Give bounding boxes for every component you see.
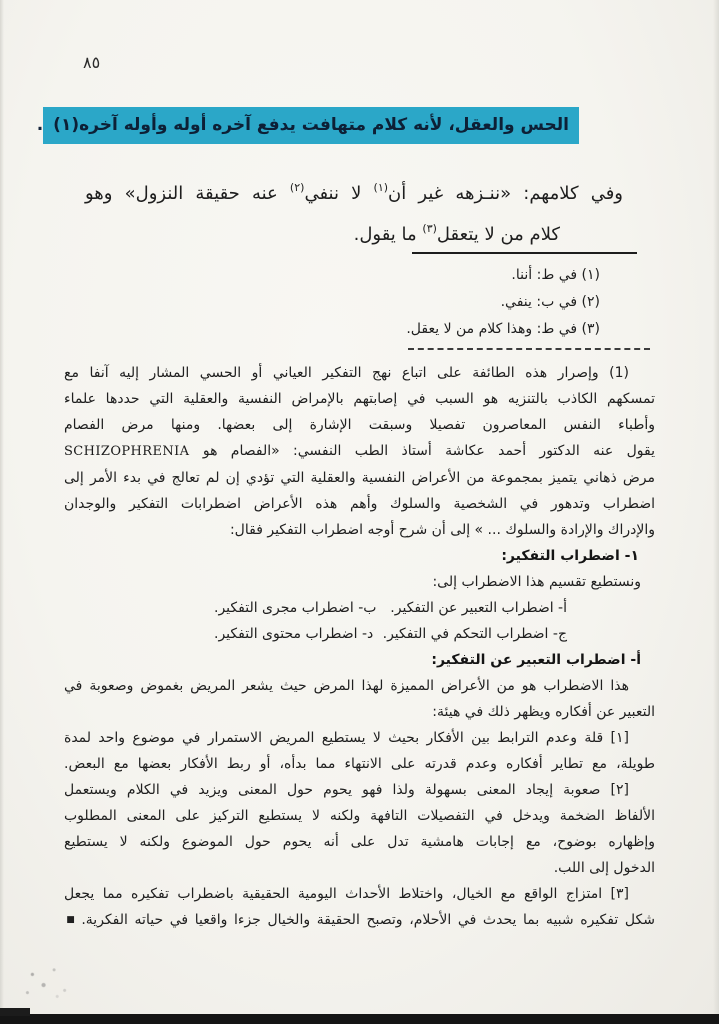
text-line: الدخول إلى اللب. bbox=[64, 855, 655, 881]
text-segment: والإدراك والإرادة والسلوك ... » إلى أن ش… bbox=[230, 522, 655, 538]
text-line: (٣) في ط: وهذا كلام من لا يعقل. bbox=[120, 316, 600, 343]
text-line: [٣] امتزاج الواقع مع الخيال، واختلاط الأ… bbox=[64, 881, 655, 907]
footnote-rule bbox=[412, 252, 637, 254]
text-segment: ونستطيع تقسيم هذا الاضطراب إلى: bbox=[432, 574, 641, 590]
dashed-divider bbox=[408, 348, 650, 350]
text-segment: (٢) في ب: ينفي. bbox=[501, 294, 600, 310]
text-segment: وأطباء النفس المعاصرون تفصيلا وسبقت الإش… bbox=[64, 417, 655, 433]
text-segment: عنه حقيقة النزول» وهو bbox=[85, 183, 290, 204]
text-segment: [١] قلة وعدم الترابط بين الأفكار بحيث لا… bbox=[64, 730, 629, 746]
text-line: شكل تفكيره شبيه بما يحدث في الأحلام، وتص… bbox=[64, 907, 655, 933]
text-line: وأطباء النفس المعاصرون تفصيلا وسبقت الإش… bbox=[64, 412, 655, 438]
col-left: ب- اضطراب مجرى التفكير. bbox=[214, 595, 376, 621]
text-segment: (٣) في ط: وهذا كلام من لا يعقل. bbox=[406, 321, 600, 337]
text-segment: [٣] امتزاج الواقع مع الخيال، واختلاط الأ… bbox=[64, 886, 629, 902]
text-segment: [٢] صعوبة إيجاد المعنى بسهولة ولذا فهو ي… bbox=[64, 782, 629, 798]
heading-line: ١- اضطراب التفكير: bbox=[64, 543, 655, 569]
text-line: وفي كلامهم: «ننـزهه غير أن(١) لا ننفي(٢)… bbox=[85, 170, 655, 211]
two-column-row: أ- اضطراب التعبير عن التفكير.ب- اضطراب م… bbox=[64, 595, 655, 621]
commentary-block: (1) وإصرار هذه الطائفة على اتباع نهج الت… bbox=[64, 360, 655, 933]
text-segment: وإظهاره بوضوح، مع إجابات هامشية تدل على … bbox=[64, 834, 655, 850]
main-paragraph: وفي كلامهم: «ننـزهه غير أن(١) لا ننفي(٢)… bbox=[85, 170, 655, 252]
scan-bottom-bar bbox=[0, 1014, 719, 1024]
text-line: التعبير عن أفكاره ويظهر ذلك في هيئة: bbox=[64, 699, 655, 725]
footnotes-block: (١) في ط: أننا.(٢) في ب: ينفي.(٣) في ط: … bbox=[120, 262, 600, 343]
col-right: أ- اضطراب التعبير عن التفكير. bbox=[390, 595, 567, 621]
text-line: [١] قلة وعدم الترابط بين الأفكار بحيث لا… bbox=[64, 725, 655, 751]
text-line: هذا الاضطراب هو من الأعراض المميزة لهذا … bbox=[64, 673, 655, 699]
footnote-ref: (٣) bbox=[422, 222, 437, 235]
text-segment: وفي كلامهم: «ننـزهه غير أن bbox=[388, 183, 623, 204]
text-segment: طويلة، مع تطاير أفكاره وعدم قدرته على ال… bbox=[64, 756, 655, 772]
page-number: ٨٥ bbox=[83, 53, 100, 72]
footnote-ref: (١) bbox=[53, 115, 79, 135]
text-line: طويلة، مع تطاير أفكاره وعدم قدرته على ال… bbox=[64, 751, 655, 777]
text-line: تمسكهم الكاذب بالتنزيه هو السبب في إصابت… bbox=[64, 386, 655, 412]
text-line: مرض ذهاني يتميز بمجموعة من الأعراض النفس… bbox=[64, 465, 655, 491]
col-left: د- اضطراب محتوى التفكير. bbox=[214, 621, 373, 647]
col-right: ج- اضطراب التحكم في التفكير. bbox=[383, 621, 567, 647]
scan-edge-left bbox=[0, 0, 4, 1024]
text-line: والإدراك والإرادة والسلوك ... » إلى أن ش… bbox=[64, 517, 655, 543]
text-segment: ١- اضطراب التفكير: bbox=[501, 548, 639, 564]
text-line: ونستطيع تقسيم هذا الاضطراب إلى: bbox=[64, 569, 655, 595]
text-line: (٢) في ب: ينفي. bbox=[120, 289, 600, 316]
text-segment: (١) في ط: أننا. bbox=[511, 267, 600, 283]
text-segment: كلام من لا يتعقل bbox=[437, 224, 560, 245]
text-segment: تمسكهم الكاذب بالتنزيه هو السبب في إصابت… bbox=[64, 391, 655, 407]
text-segment: (1) وإصرار هذه الطائفة على اتباع نهج الت… bbox=[64, 365, 629, 381]
text-line: كلام من لا يتعقل(٣) ما يقول. bbox=[85, 211, 655, 252]
text-segment: شكل تفكيره شبيه بما يحدث في الأحلام، وتص… bbox=[75, 912, 655, 928]
scan-corner-mark bbox=[0, 1008, 30, 1016]
footnote-ref: (١) bbox=[374, 181, 389, 194]
latin-term: SCHIZOPHRENIA bbox=[64, 444, 189, 459]
text-segment: لا ننفي bbox=[304, 183, 373, 204]
text-segment: التعبير عن أفكاره ويظهر ذلك في هيئة: bbox=[432, 704, 655, 720]
scan-edge-right bbox=[713, 0, 719, 1024]
text-line: الألفاظ الضخمة ويدخل في التفصيلات التافه… bbox=[64, 803, 655, 829]
text-segment: مرض ذهاني يتميز بمجموعة من الأعراض النفس… bbox=[64, 470, 655, 486]
scanned-book-page: ٨٥ الحس والعقل، لأنه كلام متهافت يدفع آخ… bbox=[0, 0, 719, 1024]
text-line: اضطراب وتدهور في الشخصية والسلوك وأهم هذ… bbox=[64, 491, 655, 517]
text-segment: الحس والعقل، لأنه كلام متهافت يدفع آخره … bbox=[79, 115, 569, 135]
text-segment: أ- اضطراب التعبير عن التفكير: bbox=[431, 652, 641, 668]
text-segment: يقول عنه الدكتور أحمد عكاشة أستاذ الطب ا… bbox=[189, 443, 655, 459]
text-line: وإظهاره بوضوح، مع إجابات هامشية تدل على … bbox=[64, 829, 655, 855]
text-line: (١) في ط: أننا. bbox=[120, 262, 600, 289]
highlighted-sentence: الحس والعقل، لأنه كلام متهافت يدفع آخره … bbox=[37, 112, 579, 138]
text-segment: الدخول إلى اللب. bbox=[554, 860, 655, 876]
text-line: يقول عنه الدكتور أحمد عكاشة أستاذ الطب ا… bbox=[64, 438, 655, 465]
text-segment: الألفاظ الضخمة ويدخل في التفصيلات التافه… bbox=[64, 808, 655, 824]
heading-line: أ- اضطراب التعبير عن التفكير: bbox=[64, 647, 655, 673]
text-segment: اضطراب وتدهور في الشخصية والسلوك وأهم هذ… bbox=[64, 496, 655, 512]
scan-smudge bbox=[20, 963, 82, 1001]
highlight-background: الحس والعقل، لأنه كلام متهافت يدفع آخره … bbox=[43, 107, 579, 144]
text-segment: هذا الاضطراب هو من الأعراض المميزة لهذا … bbox=[64, 678, 629, 694]
two-column-row: ج- اضطراب التحكم في التفكير.د- اضطراب مح… bbox=[64, 621, 655, 647]
continuation-mark: ■ bbox=[64, 915, 75, 925]
text-line: (1) وإصرار هذه الطائفة على اتباع نهج الت… bbox=[64, 360, 655, 386]
footnote-ref: (٢) bbox=[290, 181, 305, 194]
text-segment: ما يقول. bbox=[354, 224, 423, 245]
text-line: [٢] صعوبة إيجاد المعنى بسهولة ولذا فهو ي… bbox=[64, 777, 655, 803]
